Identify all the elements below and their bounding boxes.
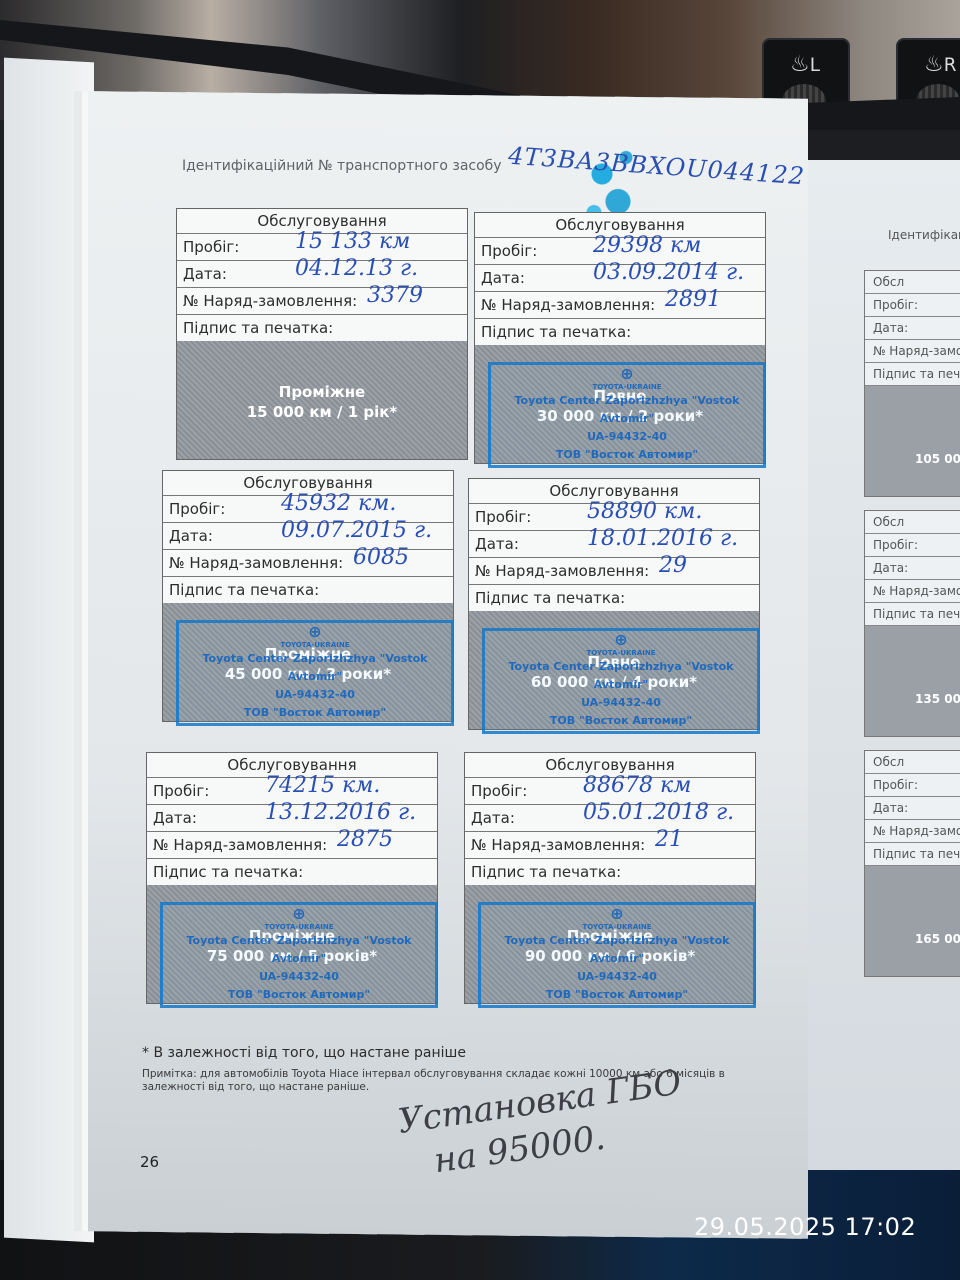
mileage-value: 88678 км [583, 773, 691, 799]
right-service-card: ОбслПробіг:Дата:№ Наряд-замовПідпис та п… [864, 270, 960, 497]
mileage-value: 58890 км. [587, 499, 702, 525]
service-card: Обслуговування Пробіг:15 133 км Дата:04.… [176, 208, 468, 460]
seat-heater-icon: ♨L [790, 52, 820, 77]
order-value: 2875 [337, 827, 393, 853]
order-row: № Наряд-замовлення:2875 [147, 832, 437, 859]
signature-row: Підпис та печатка: [177, 315, 467, 341]
footnote: * В залежності від того, що настане рані… [142, 1045, 466, 1061]
dealer-stamp: ⊕TOYOTA-UKRAINEToyota Center Zaporizhzhy… [160, 902, 438, 1008]
date-row: Дата:09.07.2015 г. [163, 523, 453, 550]
service-kind: Проміжне [177, 383, 467, 401]
date-value: 13.12.2016 г. [265, 800, 416, 826]
date-row: Дата:05.01.2018 г. [465, 805, 755, 832]
order-row: № Наряд-замовлення:6085 [163, 550, 453, 577]
page-stack-edge [4, 58, 94, 1243]
vin-label: Ідентифікаційний № транспортного засобу [182, 158, 502, 174]
seat-heater-icon: ♨R [924, 52, 956, 77]
order-value: 2891 [665, 287, 721, 313]
right-service-card: ОбслПробіг:Дата:№ Наряд-замовПідпис та п… [864, 750, 960, 977]
mileage-value: 29398 км [593, 233, 701, 259]
order-value: 3379 [367, 283, 423, 309]
date-value: 03.09.2014 г. [593, 260, 744, 286]
date-value: 05.01.2018 г. [583, 800, 734, 826]
date-value: 04.12.13 г. [295, 256, 418, 282]
toyota-logo-icon: ⊕ [481, 905, 753, 923]
right-service-card: ОбслПробіг:Дата:№ Наряд-замовПідпис та п… [864, 510, 960, 737]
order-value: 6085 [353, 545, 409, 571]
dealer-stamp: ⊕TOYOTA-UKRAINEToyota Center Zaporizhzhy… [482, 628, 760, 734]
page-number: 26 [140, 1153, 159, 1171]
date-value: 18.01.2016 г. [587, 526, 738, 552]
mileage-value: 15 133 км [295, 229, 410, 255]
date-row: Дата:13.12.2016 г. [147, 805, 437, 832]
date-row: Дата:04.12.13 г. [177, 261, 467, 288]
order-row: № Наряд-замовлення:2891 [475, 292, 765, 319]
signature-row: Підпис та печатка: [475, 319, 765, 345]
right-page-title: Ідентифікац [888, 228, 960, 242]
dealer-stamp: ⊕TOYOTA-UKRAINEToyota Center Zaporizhzhy… [176, 620, 454, 726]
mileage-value: 74215 км. [265, 773, 380, 799]
dealer-stamp: ⊕TOYOTA-UKRAINEToyota Center Zaporizhzhy… [488, 362, 766, 468]
order-value: 29 [659, 553, 687, 579]
signature-row: Підпис та печатка: [465, 859, 755, 885]
toyota-logo-icon: ⊕ [179, 623, 451, 641]
date-row: Дата:18.01.2016 г. [469, 531, 759, 558]
toyota-logo-icon: ⊕ [163, 905, 435, 923]
toyota-logo-icon: ⊕ [491, 365, 763, 383]
toyota-logo-icon: ⊕ [485, 631, 757, 649]
order-value: 21 [655, 827, 683, 853]
date-row: Дата:03.09.2014 г. [475, 265, 765, 292]
signature-row: Підпис та печатка: [163, 577, 453, 603]
photo-timestamp: 29.05.2025 17:02 [694, 1213, 916, 1241]
service-interval-box: Проміжне 15 000 км / 1 рік* [177, 341, 467, 459]
mileage-value: 45932 км. [281, 491, 396, 517]
dealer-stamp: ⊕TOYOTA-UKRAINEToyota Center Zaporizhzhy… [478, 902, 756, 1008]
order-row: № Наряд-замовлення:21 [465, 832, 755, 859]
service-interval: 15 000 км / 1 рік* [177, 403, 467, 421]
signature-row: Підпис та печатка: [147, 859, 437, 885]
order-row: № Наряд-замовлення:3379 [177, 288, 467, 315]
date-value: 09.07.2015 г. [281, 518, 432, 544]
order-row: № Наряд-замовлення:29 [469, 558, 759, 585]
signature-row: Підпис та печатка: [469, 585, 759, 611]
